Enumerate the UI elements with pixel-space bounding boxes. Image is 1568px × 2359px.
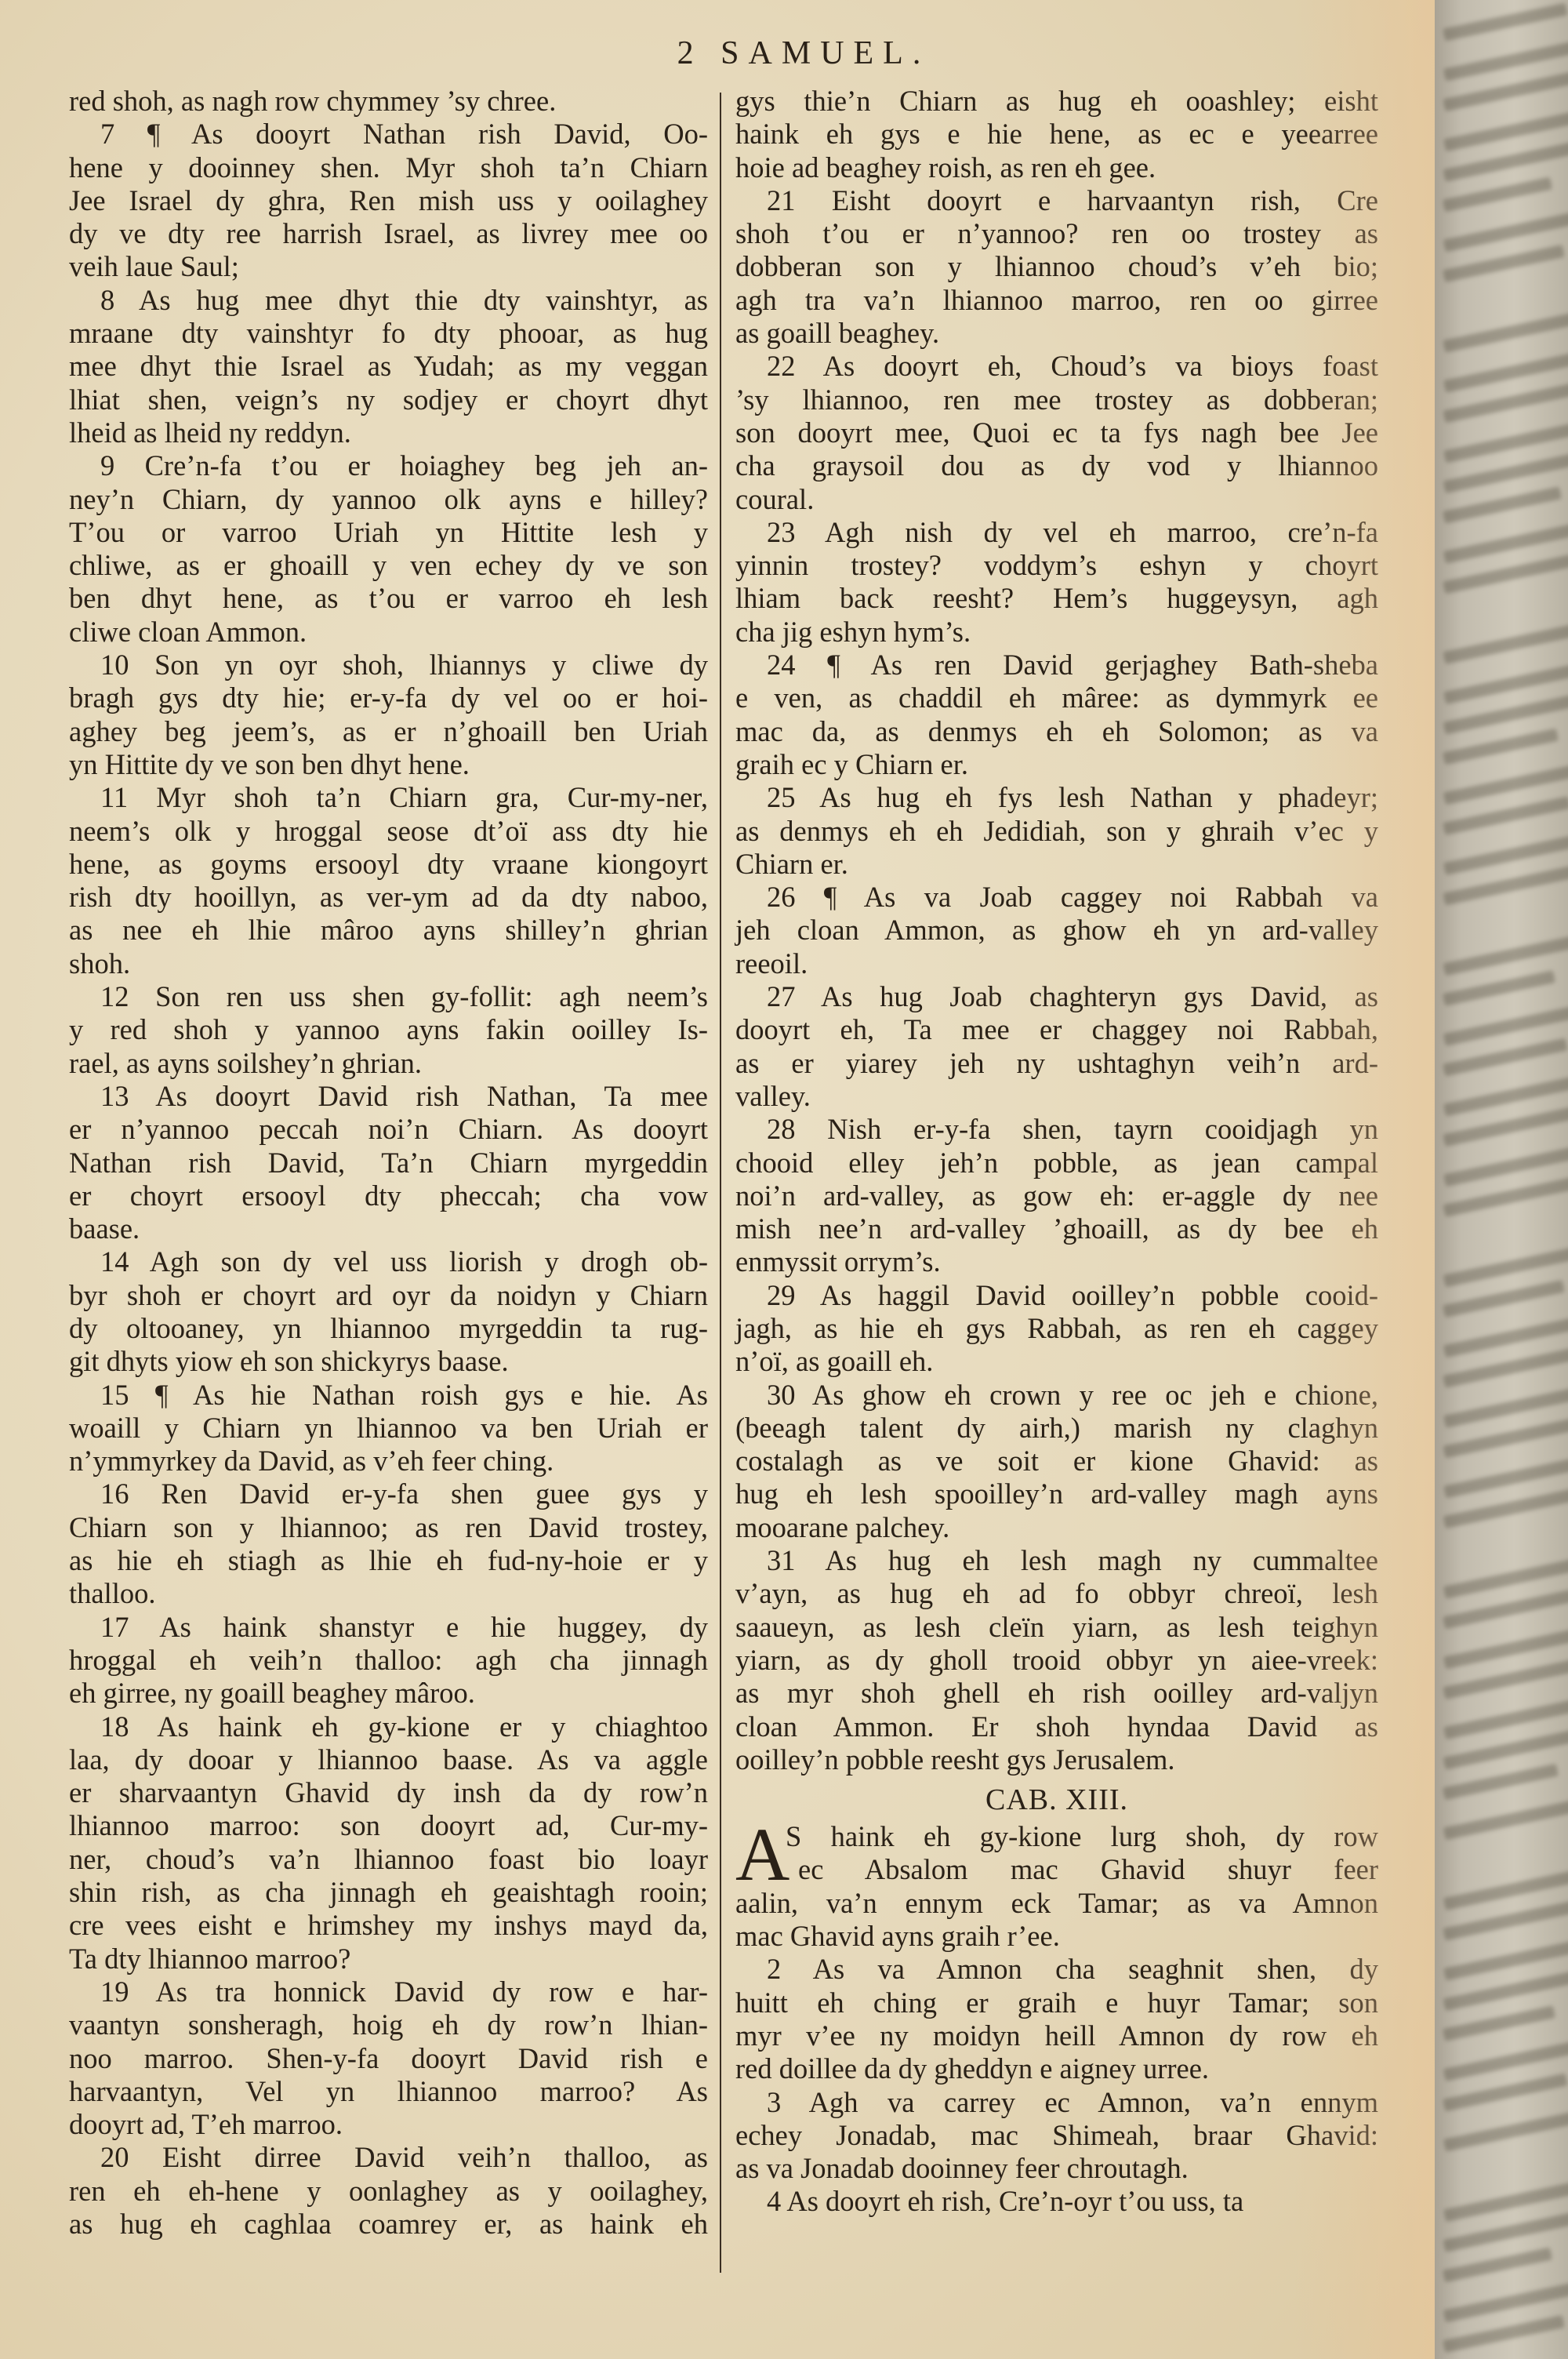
- text-line: ney’n Chiarn, dy yannoo olk ayns e hille…: [69, 483, 708, 516]
- text-line: hoie ad beaghey roish, as ren eh gee.: [735, 151, 1378, 184]
- text-line: ren eh eh-hene y oonlaghey as y ooilaghe…: [69, 2175, 708, 2208]
- blurred-facing-text: [1443, 486, 1562, 523]
- text-line: lheid as lheid ny reddyn.: [69, 416, 708, 449]
- text-line: ner, choud’s va’n lhiannoo foast bio loa…: [69, 1843, 708, 1876]
- text-line: yn Hittite dy ve son ben dhyt hene.: [69, 748, 708, 781]
- text-line: 3 Agh va carrey ec Amnon, va’n ennym: [735, 2086, 1378, 2119]
- text-line: aghey beg jeem’s, as er n’ghoaill ben Ur…: [69, 715, 708, 748]
- text-line: neem’s olk y hroggal seose dt’oï ass dty…: [69, 815, 708, 848]
- text-line: laa, dy dooar y lhiannoo baase. As va ag…: [69, 1743, 708, 1776]
- running-head: 2 SAMUEL.: [0, 35, 1568, 72]
- text-line: 23 Agh nish dy vel eh marroo, cre’n-fa: [735, 516, 1378, 549]
- blurred-facing-text: [1443, 1550, 1568, 1598]
- right-column: gys thie’n Chiarn as hug eh ooashley; ei…: [735, 85, 1378, 2219]
- text-line: S haink eh gy-kione lurg shoh, dy row: [735, 1820, 1378, 1853]
- text-line: cha graysoil dou as dy vod y lhiannoo: [735, 449, 1378, 482]
- text-line: shin rish, as cha jinnagh eh geaishtagh …: [69, 1876, 708, 1909]
- text-line: 14 Agh son dy vel uss liorish y drogh ob…: [69, 1245, 708, 1278]
- text-line: 18 As haink eh gy-kione er y chiaghtoo: [69, 1710, 708, 1743]
- facing-page-edge: [1435, 0, 1568, 2359]
- text-line: as va Jonadab dooinney feer chroutagh.: [735, 2152, 1378, 2185]
- blurred-facing-text: [1443, 1038, 1568, 1077]
- text-line: veih laue Saul;: [69, 250, 708, 283]
- running-head-title: 2 SAMUEL.: [677, 35, 931, 72]
- text-line: red shoh, as nagh row chymmey ’sy chree.: [69, 85, 708, 118]
- text-line: 29 As haggil David ooilley’n pobble cooi…: [735, 1279, 1378, 1312]
- text-line: Ta dty lhiannoo marroo?: [69, 1943, 708, 1976]
- blurred-facing-text: [1443, 2074, 1568, 2112]
- text-line: costalagh as ve soit er kione Ghavid: as: [735, 1445, 1378, 1478]
- text-line: echey Jonadab, mac Shimeah, braar Ghavid…: [735, 2119, 1378, 2152]
- blurred-facing-text: [1443, 825, 1568, 875]
- text-line: enmyssit orrym’s.: [735, 1245, 1378, 1278]
- text-line: cliwe cloan Ammon.: [69, 616, 708, 649]
- text-line: as hie eh stiagh as lhie eh fud-ny-hoie …: [69, 1544, 708, 1577]
- text-line: 2 As va Amnon cha seaghnit shen, dy: [735, 1953, 1378, 1986]
- text-line: woaill y Chiarn yn lhiannoo va ben Uriah…: [69, 1412, 708, 1445]
- text-line: 27 As hug Joab chaghteryn gys David, as: [735, 980, 1378, 1013]
- text-line: myr v’ee ny moidyn heill Amnon dy row eh: [735, 2019, 1378, 2052]
- text-line: 9 Cre’n-fa t’ou er hoiaghey beg jeh an-: [69, 449, 708, 482]
- blurred-facing-text: [1443, 1067, 1568, 1116]
- text-line: rish dty hooillyn, as ver-ym ad da dty n…: [69, 881, 708, 914]
- text-line: vaantyn sonsheragh, hoig eh dy row’n lhi…: [69, 2008, 708, 2041]
- text-line: dy ve dty ree harrish Israel, as livrey …: [69, 217, 708, 250]
- text-line: T’ou or varroo Uriah yn Hittite lesh y: [69, 516, 708, 549]
- text-line: 19 As tra honnick David dy row e har-: [69, 1976, 708, 2008]
- text-line: er sharvaantyn Ghavid dy insh da dy row’…: [69, 1776, 708, 1809]
- text-line: Nathan rish David, Ta’n Chiarn myrgeddin: [69, 1147, 708, 1179]
- text-line: 24 ¶ As ren David gerjaghey Bath-sheba: [735, 649, 1378, 682]
- blurred-facing-text: [1443, 1793, 1568, 1841]
- chapter-heading: CAB. XIII.: [735, 1776, 1378, 1820]
- text-line: yiarn, as dy gholl trooid obbyr yn aiee-…: [735, 1644, 1378, 1677]
- text-line: as nee eh lhie mâroo ayns shilley’n ghri…: [69, 914, 708, 947]
- chapter-opening: A S haink eh gy-kione lurg shoh, dy row …: [735, 1820, 1378, 1887]
- text-line: byr shoh er choyrt ard oyr da noidyn y C…: [69, 1279, 708, 1312]
- text-line: 12 Son ren uss shen gy-follit: agh neem’…: [69, 980, 708, 1013]
- text-line: ’sy lhiannoo, ren mee trostey as dobbera…: [735, 383, 1378, 416]
- text-line: mraane dty vainshtyr fo dty phooar, as h…: [69, 317, 708, 350]
- text-line: lhiannoo marroo: son dooyrt ad, Cur-my-: [69, 1809, 708, 1842]
- blurred-facing-text: [1443, 245, 1565, 282]
- blurred-facing-text: [1443, 31, 1568, 81]
- text-line: as denmys eh eh Jedidiah, son y ghraih v…: [735, 815, 1378, 848]
- text-line: er choyrt ersooyl dty pheccah; cha vow: [69, 1179, 708, 1212]
- blurred-facing-text: [1443, 1241, 1568, 1288]
- text-line: mooarane palchey.: [735, 1511, 1378, 1544]
- text-line: 30 As ghow eh crown y ree oc jeh e chion…: [735, 1379, 1378, 1412]
- text-line: as er yiarey jeh ny ushtaghyn veih’n ard…: [735, 1047, 1378, 1080]
- blurred-facing-text: [1443, 3, 1568, 42]
- text-line: shoh t’ou er n’yannoo? ren oo trostey as: [735, 217, 1378, 250]
- blurred-facing-text: [1443, 1764, 1559, 1800]
- text-line: 25 As hug eh fys lesh Nathan y phadeyr;: [735, 781, 1378, 814]
- drop-cap: A: [735, 1822, 789, 1888]
- text-line: 11 Myr shoh ta’n Chiarn gra, Cur-my-ner,: [69, 781, 708, 814]
- text-line: er n’yannoo peccah noi’n Chiarn. As dooy…: [69, 1113, 708, 1146]
- text-line: 26 ¶ As va Joab caggey noi Rabbah va: [735, 881, 1378, 914]
- blurred-facing-text: [1443, 1860, 1568, 1910]
- text-line: Jee Israel dy ghra, Ren mish uss y ooila…: [69, 184, 708, 217]
- text-line: ec Absalom mac Ghavid shuyr feer: [735, 1853, 1378, 1886]
- text-line: 4 As dooyrt eh rish, Cre’n-oyr t’ou uss,…: [735, 2185, 1378, 2218]
- text-line: haink eh gys e hie hene, as ec e yeearre…: [735, 118, 1378, 151]
- text-line: Chiarn son y lhiannoo; as ren David tros…: [69, 1511, 708, 1544]
- text-line: chooid elley jeh’n pobble, as jean campa…: [735, 1147, 1378, 1179]
- blurred-facing-text: [1443, 177, 1552, 213]
- blurred-facing-text: [1443, 2102, 1568, 2151]
- text-line: rael, as ayns soilshey’n ghrian.: [69, 1047, 708, 1080]
- text-line: cloan Ammon. Er shoh hyndaa David as: [735, 1710, 1378, 1743]
- book-page: 2 SAMUEL. red shoh, as nagh row chymmey …: [0, 0, 1435, 2359]
- text-line: hroggal eh veih’n thalloo: agh cha jinna…: [69, 1644, 708, 1677]
- text-line: 22 As dooyrt eh, Choud’s va bioys foast: [735, 350, 1378, 383]
- blurred-facing-text: [1443, 758, 1568, 805]
- text-line: agh tra va’n lhiannoo marroo, ren oo gir…: [735, 284, 1378, 317]
- text-line: cre vees eisht e hrimshey my inshys mayd…: [69, 1909, 708, 1942]
- text-line: y red shoh y yannoo ayns fakin ooilley I…: [69, 1013, 708, 1046]
- text-line: coural.: [735, 483, 1378, 516]
- text-line: Chiarn er.: [735, 848, 1378, 881]
- blurred-facing-text: [1443, 999, 1568, 1046]
- blurred-facing-text: [1443, 622, 1568, 664]
- text-line: dobberan son y lhiannoo choud’s v’eh bio…: [735, 250, 1378, 283]
- blurred-facing-text: [1443, 932, 1568, 976]
- text-line: bragh gys dty hie; er-y-fa dy vel oo er …: [69, 682, 708, 714]
- text-line: huitt eh ching er graih e huyr Tamar; so…: [735, 1986, 1378, 2019]
- text-line: dy oltooaney, yn lhiannoo myrgeddin ta r…: [69, 1312, 708, 1345]
- blurred-facing-text: [1443, 1309, 1568, 1358]
- blurred-facing-text: [1443, 2170, 1568, 2222]
- text-line: (beeagh talent dy airh,) marish ny clagh…: [735, 1412, 1378, 1445]
- text-line: gys thie’n Chiarn as hug eh ooashley; ei…: [735, 85, 1378, 118]
- text-line: e ven, as chaddil eh mâree: as dymmyrk e…: [735, 682, 1378, 714]
- right-column-verses-ch13: aalin, va’n ennym eck Tamar; as va Amnon…: [735, 1887, 1378, 2219]
- text-line: 13 As dooyrt David rish Nathan, Ta mee: [69, 1080, 708, 1113]
- text-line: dooyrt eh, Ta mee er chaggey noi Rabbah,: [735, 1013, 1378, 1046]
- text-line: hene y dooinney shen. Myr shoh ta’n Chia…: [69, 151, 708, 184]
- text-line: as hug eh caghlaa coamrey er, as haink e…: [69, 2208, 708, 2241]
- text-line: hene, as goyms ersooyl dty vraane kiongo…: [69, 848, 708, 881]
- text-line: shoh.: [69, 947, 708, 980]
- text-line: n’ymmyrkey da David, as v’eh feer ching.: [69, 1445, 708, 1478]
- text-line: baase.: [69, 1212, 708, 1245]
- text-line: 15 ¶ As hie Nathan roish gys e hie. As: [69, 1379, 708, 1412]
- text-line: jeh cloan Ammon, as ghow eh yn ard-valle…: [735, 914, 1378, 947]
- text-line: n’oï, as goaill eh.: [735, 1345, 1378, 1378]
- text-line: lhiat shen, veign’s ny sodjey er choyrt …: [69, 383, 708, 416]
- text-line: aalin, va’n ennym eck Tamar; as va Amnon: [735, 1887, 1378, 1920]
- blurred-facing-text: [1443, 2005, 1555, 2041]
- right-column-verses-ch12: gys thie’n Chiarn as hug eh ooashley; ei…: [735, 85, 1378, 1776]
- text-line: mac Ghavid ayns graih r’ee.: [735, 1920, 1378, 1953]
- text-line: yinnin trostey? voddym’s eshyn y choyrt: [735, 549, 1378, 582]
- blurred-facing-text: [1443, 2248, 1552, 2283]
- left-column: red shoh, as nagh row chymmey ’sy chree.…: [69, 85, 708, 2241]
- text-line: 8 As hug mee dhyt thie dty vainshtyr, as: [69, 284, 708, 317]
- text-line: as goaill beaghey.: [735, 317, 1378, 350]
- text-line: 28 Nish er-y-fa shen, tayrn cooidjagh yn: [735, 1113, 1378, 1146]
- blurred-facing-text: [1443, 206, 1568, 253]
- blurred-facing-text: [1443, 2034, 1568, 2081]
- text-line: valley.: [735, 1080, 1378, 1113]
- text-line: ben dhyt hene, as t’ou er varroo eh lesh: [69, 582, 708, 615]
- text-line: red doillee da dy gheddyn e aigney urree…: [735, 2052, 1378, 2085]
- text-line: ooilley’n pobble reesht gys Jerusalem.: [735, 1743, 1378, 1776]
- text-line: lhiam back reesht? Hem’s huggeysyn, agh: [735, 582, 1378, 615]
- text-line: git dhyts yiow eh son shickyrys baase.: [69, 1345, 708, 1378]
- column-rule: [720, 93, 721, 2273]
- blurred-facing-text: [1443, 2277, 1568, 2323]
- blurred-facing-text: [1443, 729, 1559, 765]
- text-line: 10 Son yn oyr shoh, lhiannys y cliwe dy: [69, 649, 708, 682]
- text-line: mish nee’n ard-valley ’ghoaill, as dy be…: [735, 1212, 1378, 1245]
- blurred-facing-text: [1443, 1280, 1565, 1318]
- text-line: 31 As hug eh lesh magh ny cummaltee: [735, 1544, 1378, 1577]
- text-line: 17 As haink shanstyr e hie huggey, dy: [69, 1611, 708, 1644]
- blurred-facing-text: [1443, 2315, 1565, 2353]
- text-line: mee dhyt thie Israel as Yudah; as my veg…: [69, 350, 708, 383]
- text-line: jagh, as hie eh gys Rabbah, as ren eh ca…: [735, 1312, 1378, 1345]
- blurred-facing-text: [1443, 970, 1555, 1006]
- text-line: 7 ¶ As dooyrt Nathan rish David, Oo-: [69, 118, 708, 151]
- blurred-facing-text: [1443, 312, 1568, 352]
- text-line: eh girree, ny goaill beaghey mâroo.: [69, 1677, 708, 1710]
- text-line: hug eh lesh spooilley’n ard-valley magh …: [735, 1478, 1378, 1510]
- text-line: thalloo.: [69, 1577, 708, 1610]
- text-line: v’ayn, as hug eh ad fo obbyr chreoï, les…: [735, 1577, 1378, 1610]
- text-line: cha jig eshyn hym’s.: [735, 616, 1378, 649]
- blurred-facing-text: [1443, 1619, 1568, 1670]
- text-line: son dooyrt mee, Quoi ec ta fys nagh bee …: [735, 416, 1378, 449]
- text-line: reeoil.: [735, 947, 1378, 980]
- text-line: as myr shoh ghell eh rish ooilley ard-va…: [735, 1677, 1378, 1710]
- text-line: 21 Eisht dooyrt e harvaantyn rish, Cre: [735, 184, 1378, 217]
- blurred-facing-text: [1443, 796, 1568, 835]
- text-line: graih ec y Chiarn er.: [735, 748, 1378, 781]
- text-line: noi’n ard-valley, as gow eh: er-aggle dy…: [735, 1179, 1378, 1212]
- text-line: chliwe, as er ghoaill y ven echey dy ve …: [69, 549, 708, 582]
- text-line: mac da, as denmys eh eh Solomon; as va: [735, 715, 1378, 748]
- blurred-facing-text: [1443, 515, 1568, 563]
- text-line: 16 Ren David er-y-fa shen guee gys y: [69, 1478, 708, 1510]
- text-line: 20 Eisht dirree David veih’n thalloo, as: [69, 2141, 708, 2174]
- text-line: saaueyn, as lesh cleïn yiarn, as lesh te…: [735, 1611, 1378, 1644]
- text-line: harvaantyn, Vel yn lhiannoo marroo? As: [69, 2075, 708, 2108]
- text-line: dooyrt ad, T’eh marroo.: [69, 2108, 708, 2141]
- text-line: noo marroo. Shen-y-fa dooyrt David rish …: [69, 2042, 708, 2075]
